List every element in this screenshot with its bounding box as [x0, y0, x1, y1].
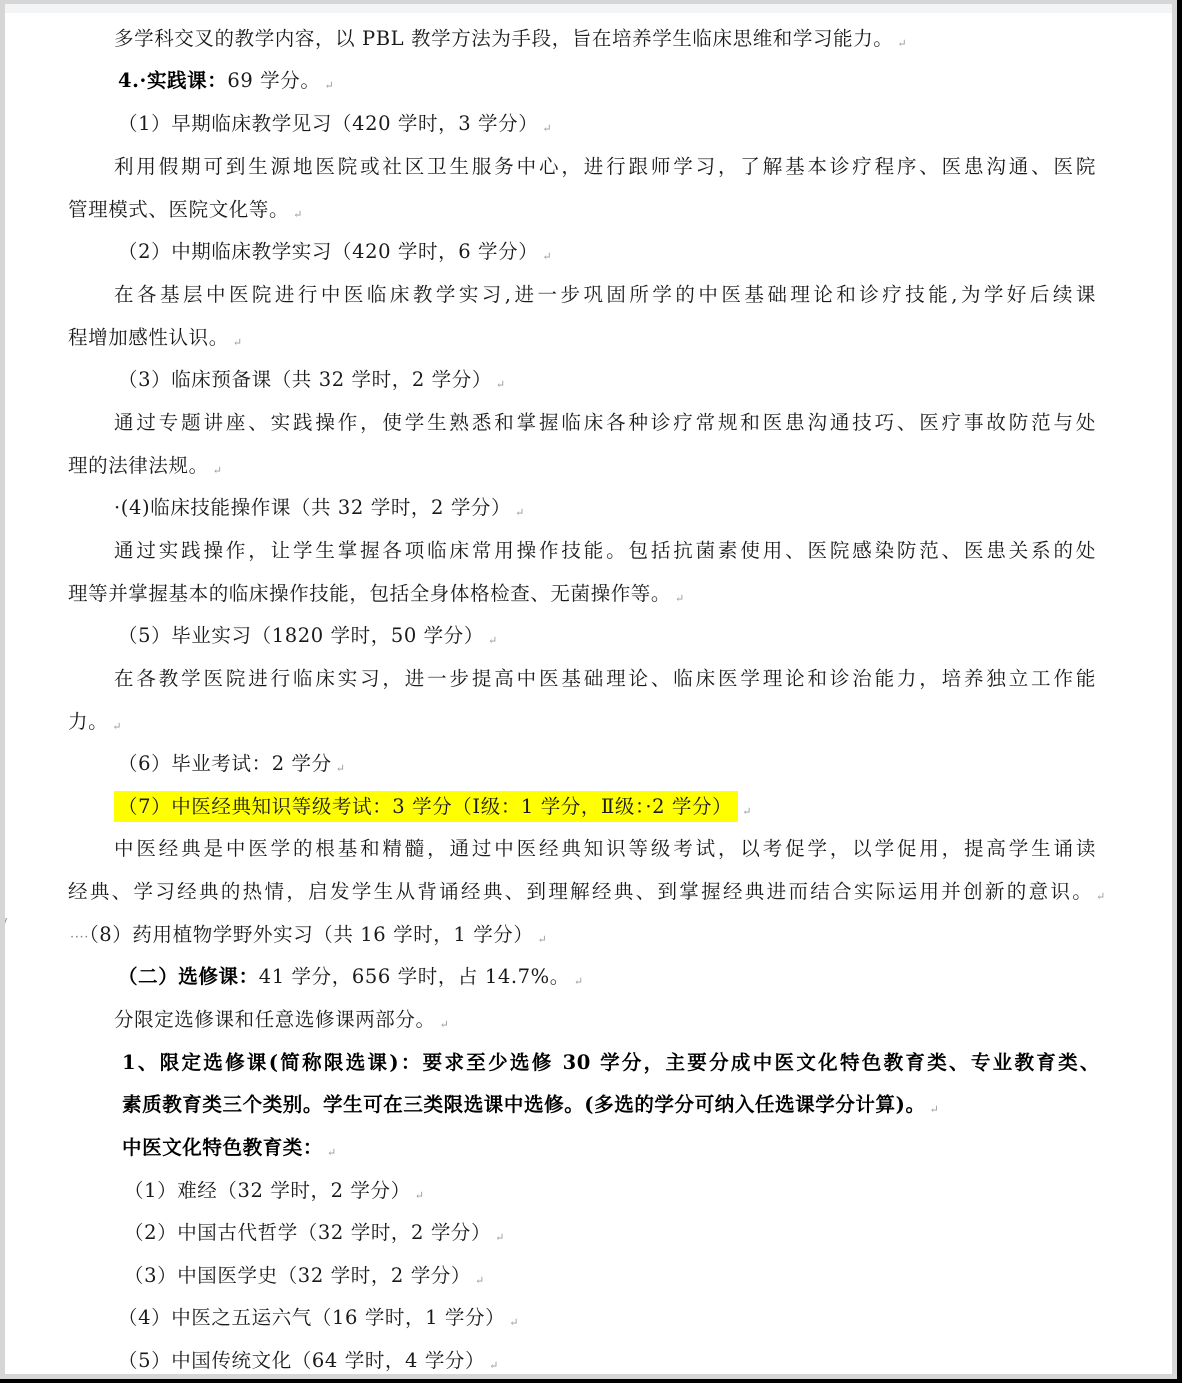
list-item: （2）中期临床教学实习（420 学时，6 学分）↵: [118, 240, 552, 269]
paragraph-mark-icon: ↵: [1096, 890, 1106, 903]
course-item: （5）中国传统文化（64 学时，4 学分）↵: [118, 1349, 499, 1374]
highlighted-list-item: （7）中医经典知识等级考试：3 学分（Ⅰ级：1 学分，Ⅱ级：·2 学分）↵: [118, 795, 752, 824]
ruler-strip: [5, 4, 1172, 13]
bold-paragraph-line: 素质教育类三个类别。学生可在三类限选课中选修。(多选的学分可纳入任选课学分计算)…: [122, 1093, 939, 1122]
section-heading-electives: （二）选修课：41 学分，656 学时，占 14.7%。↵: [118, 965, 584, 994]
course-item: （2）中国古代哲学（32 学时，2 学分）↵: [124, 1221, 505, 1250]
paragraph-mark-icon: ↵: [489, 1359, 499, 1372]
paragraph-mark-icon: ↵: [293, 208, 303, 221]
paragraph-line: 中医经典是中医学的根基和精髓，通过中医经典知识等级考试，以考促学，以学促用，提高…: [114, 837, 1096, 861]
paragraph-line: 分限定选修课和任意选修课两部分。↵: [114, 1008, 449, 1037]
tab-dots: ····: [70, 930, 89, 945]
paragraph-mark-icon: ↵: [112, 720, 122, 733]
paragraph-mark-icon: ↵: [542, 122, 552, 135]
paragraph-mark-icon: ↵: [542, 250, 552, 263]
paragraph-mark-icon: ↵: [475, 1274, 485, 1287]
window-frame: 多学科交叉的教学内容，以 PBL 教学方法为手段，旨在培养学生临床思维和学习能力…: [0, 0, 1177, 1379]
paragraph-line: 理等并掌握基本的临床操作技能，包括全身体格检查、无菌操作等。↵: [68, 582, 685, 611]
paragraph-line: 管理模式、医院文化等。↵: [68, 198, 303, 227]
list-item: （5）毕业实习（1820 学时，50 学分）↵: [118, 624, 498, 653]
paragraph-mark-icon: ↵: [538, 933, 548, 946]
paragraph-line: 多学科交叉的教学内容，以 PBL 教学方法为手段，旨在培养学生临床思维和学习能力…: [114, 27, 907, 56]
section-heading-practice: 4.·实践课：69 学分。↵: [118, 69, 334, 98]
paragraph-line: 在各基层中医院进行中医临床教学实习,进一步巩固所学的中医基础理论和诊疗技能,为学…: [114, 283, 1096, 307]
paragraph-mark-icon: ↵: [574, 975, 584, 988]
paragraph-line: 通过实践操作，让学生掌握各项临床常用操作技能。包括抗菌素使用、医院感染防范、医患…: [114, 539, 1096, 563]
paragraph-line: 理的法律法规。↵: [68, 454, 223, 483]
course-item: （4）中医之五运六气（16 学时，1 学分）↵: [118, 1306, 519, 1335]
paragraph-line: 经典、学习经典的热情，启发学生从背诵经典、到理解经典、到掌握经典进而结合实际运用…: [68, 880, 1106, 909]
paragraph-mark-icon: ↵: [213, 464, 223, 477]
paragraph-mark-icon: ↵: [233, 336, 243, 349]
paragraph-mark-icon: ↵: [324, 79, 334, 92]
text-highlight: （7）中医经典知识等级考试：3 学分（Ⅰ级：1 学分，Ⅱ级：·2 学分）: [114, 791, 738, 822]
paragraph-line: 通过专题讲座、实践操作，使学生熟悉和掌握临床各种诊疗常规和医患沟通技巧、医疗事故…: [114, 411, 1096, 435]
paragraph-mark-icon: ↵: [742, 805, 752, 818]
paragraph-line: 在各教学医院进行临床实习，进一步提高中医基础理论、临床医学理论和诊治能力，培养独…: [114, 667, 1096, 691]
paragraph-mark-icon: ↵: [336, 762, 346, 775]
paragraph-line: 程增加感性认识。↵: [68, 326, 243, 355]
paragraph-mark-icon: ↵: [897, 37, 907, 50]
paragraph-mark-icon: ↵: [327, 1146, 337, 1159]
category-heading: 中医文化特色教育类：↵: [122, 1136, 337, 1165]
list-item: （6）毕业考试：2 学分↵: [118, 752, 346, 781]
paragraph-mark-icon: ↵: [496, 378, 506, 391]
paragraph-mark-icon: ↵: [509, 1316, 519, 1329]
document-page: 多学科交叉的教学内容，以 PBL 教学方法为手段，旨在培养学生临床思维和学习能力…: [5, 13, 1172, 1374]
course-item: （3）中国医学史（32 学时，2 学分）↵: [124, 1264, 485, 1293]
margin-marker-icon: [5, 918, 10, 924]
paragraph-line: 利用假期可到生源地医院或社区卫生服务中心，进行跟师学习，了解基本诊疗程序、医患沟…: [114, 155, 1096, 179]
list-item: ····（8）药用植物学野外实习（共 16 学时，1 学分）↵: [70, 923, 547, 952]
paragraph-line: 力。↵: [68, 710, 122, 739]
paragraph-mark-icon: ↵: [495, 1231, 505, 1244]
paragraph-mark-icon: ↵: [515, 506, 525, 519]
paragraph-mark-icon: ↵: [675, 592, 685, 605]
list-item: （3）临床预备课（共 32 学时，2 学分）↵: [118, 368, 506, 397]
list-item: ·(4)临床技能操作课（共 32 学时，2 学分）↵: [114, 496, 525, 525]
paragraph-mark-icon: ↵: [415, 1189, 425, 1202]
bold-paragraph-line: 1、限定选修课(简称限选课)：要求至少选修 30 学分，主要分成中医文化特色教育…: [122, 1051, 1100, 1075]
paragraph-mark-icon: ↵: [930, 1103, 940, 1116]
paragraph-mark-icon: ↵: [488, 634, 498, 647]
list-item: （1）早期临床教学见习（420 学时，3 学分）↵: [118, 112, 552, 141]
course-item: （1）难经（32 学时，2 学分）↵: [124, 1179, 425, 1208]
paragraph-mark-icon: ↵: [440, 1018, 450, 1031]
